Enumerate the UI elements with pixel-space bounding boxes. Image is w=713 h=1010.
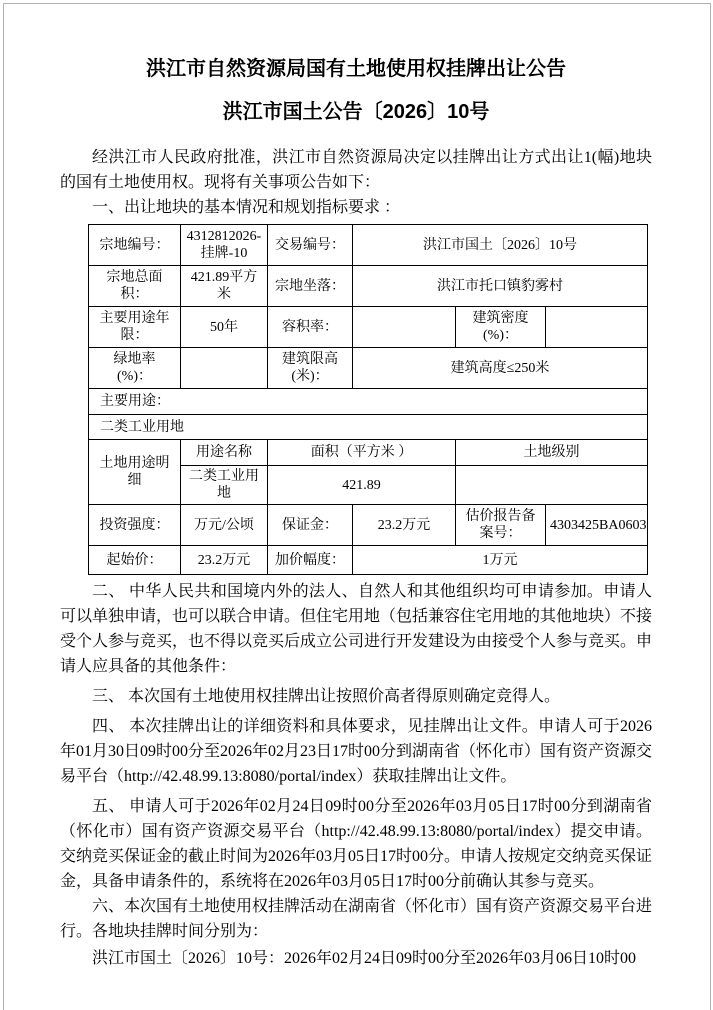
use-name-value: 二类工业用地: [181, 466, 268, 505]
land-grade-value: [456, 466, 648, 505]
document-page: 洪江市自然资源局国有土地使用权挂牌出让公告 洪江市国土公告〔2026〕10号 经…: [0, 0, 713, 971]
deposit-value: 23.2万元: [353, 505, 456, 546]
use-years-value: 50年: [181, 307, 268, 348]
plot-ratio-value: [353, 307, 456, 348]
table-row: 主要用途：: [89, 389, 648, 415]
investment-intensity-label: 投资强度：: [89, 505, 181, 546]
deposit-label: 保证金：: [268, 505, 353, 546]
table-row: 宗地编号： 4312812026-挂牌-10 交易编号： 洪江市国土〔2026〕…: [89, 225, 648, 266]
total-area-value: 421.89平方米: [181, 266, 268, 307]
green-rate-value: [181, 348, 268, 389]
section-1-heading: 一、出让地块的基本情况和规划指标要求 ：: [60, 195, 652, 220]
main-use-value: 二类工业用地: [89, 415, 648, 440]
green-rate-label: 绿地率(%)：: [89, 348, 181, 389]
location-label: 宗地坐落：: [268, 266, 353, 307]
building-density-label: 建筑密度(%)：: [456, 307, 546, 348]
total-area-label: 宗地总面积：: [89, 266, 181, 307]
use-detail-label: 土地用途明细: [89, 440, 181, 505]
valuation-report-label: 估价报告备案号：: [456, 505, 546, 546]
land-info-table: 宗地编号： 4312812026-挂牌-10 交易编号： 洪江市国土〔2026〕…: [88, 224, 648, 575]
plot-ratio-label: 容积率：: [268, 307, 353, 348]
table-row: 起始价： 23.2万元 加价幅度： 1万元: [89, 546, 648, 575]
main-use-label: 主要用途：: [89, 389, 648, 415]
increment-label: 加价幅度：: [268, 546, 353, 575]
section-4-paragraph: 四、 本次挂牌出让的详细资料和具体要求，见挂牌出让文件。申请人可于2026年01…: [60, 714, 652, 789]
listing-time-paragraph: 洪江市国土〔2026〕10号：2026年02月24日09时00分至2026年03…: [60, 946, 652, 971]
document-number: 洪江市国土公告〔2026〕10号: [60, 99, 652, 125]
table-row: 绿地率(%)： 建筑限高(米)： 建筑高度≤250米: [89, 348, 648, 389]
starting-price-value: 23.2万元: [181, 546, 268, 575]
intro-paragraph: 经洪江市人民政府批准，洪江市自然资源局决定以挂牌出让方式出让1(幅)地块的国有土…: [60, 145, 652, 195]
investment-intensity-value: 万元/公顷: [181, 505, 268, 546]
section-3-paragraph: 三、 本次国有土地使用权挂牌出让按照价高者得原则确定竞得人。: [60, 684, 652, 709]
building-density-value: [546, 307, 648, 348]
document-title: 洪江市自然资源局国有土地使用权挂牌出让公告: [60, 56, 652, 82]
table-row: 二类工业用地: [89, 415, 648, 440]
area-value: 421.89: [268, 466, 456, 505]
table-row: 投资强度： 万元/公顷 保证金： 23.2万元 估价报告备案号： 4303425…: [89, 505, 648, 546]
section-6-paragraph: 六、本次国有土地使用权挂牌活动在湖南省（怀化市）国有资产资源交易平台进行。各地块…: [60, 894, 652, 944]
location-value: 洪江市托口镇豹雾村: [353, 266, 648, 307]
section-5-paragraph: 五、 申请人可于2026年02月24日09时00分至2026年03月05日17时…: [60, 794, 652, 894]
increment-value: 1万元: [353, 546, 648, 575]
area-header: 面积（平方米 ）: [268, 440, 456, 466]
use-years-label: 主要用途年限：: [89, 307, 181, 348]
transaction-number-label: 交易编号：: [268, 225, 353, 266]
table-row: 土地用途明细 用途名称 面积（平方米 ） 土地级别: [89, 440, 648, 466]
table-row: 宗地总面积： 421.89平方米 宗地坐落： 洪江市托口镇豹雾村: [89, 266, 648, 307]
transaction-number-value: 洪江市国土〔2026〕10号: [353, 225, 648, 266]
land-grade-header: 土地级别: [456, 440, 648, 466]
parcel-number-value: 4312812026-挂牌-10: [181, 225, 268, 266]
section-2-paragraph: 二、 中华人民共和国境内外的法人、自然人和其他组织均可申请参加。申请人可以单独申…: [60, 579, 652, 679]
parcel-number-label: 宗地编号：: [89, 225, 181, 266]
height-limit-value: 建筑高度≤250米: [353, 348, 648, 389]
valuation-report-value: 4303425BA0603: [546, 505, 648, 546]
table-row: 主要用途年限： 50年 容积率： 建筑密度(%)：: [89, 307, 648, 348]
use-name-header: 用途名称: [181, 440, 268, 466]
height-limit-label: 建筑限高(米)：: [268, 348, 353, 389]
starting-price-label: 起始价：: [89, 546, 181, 575]
